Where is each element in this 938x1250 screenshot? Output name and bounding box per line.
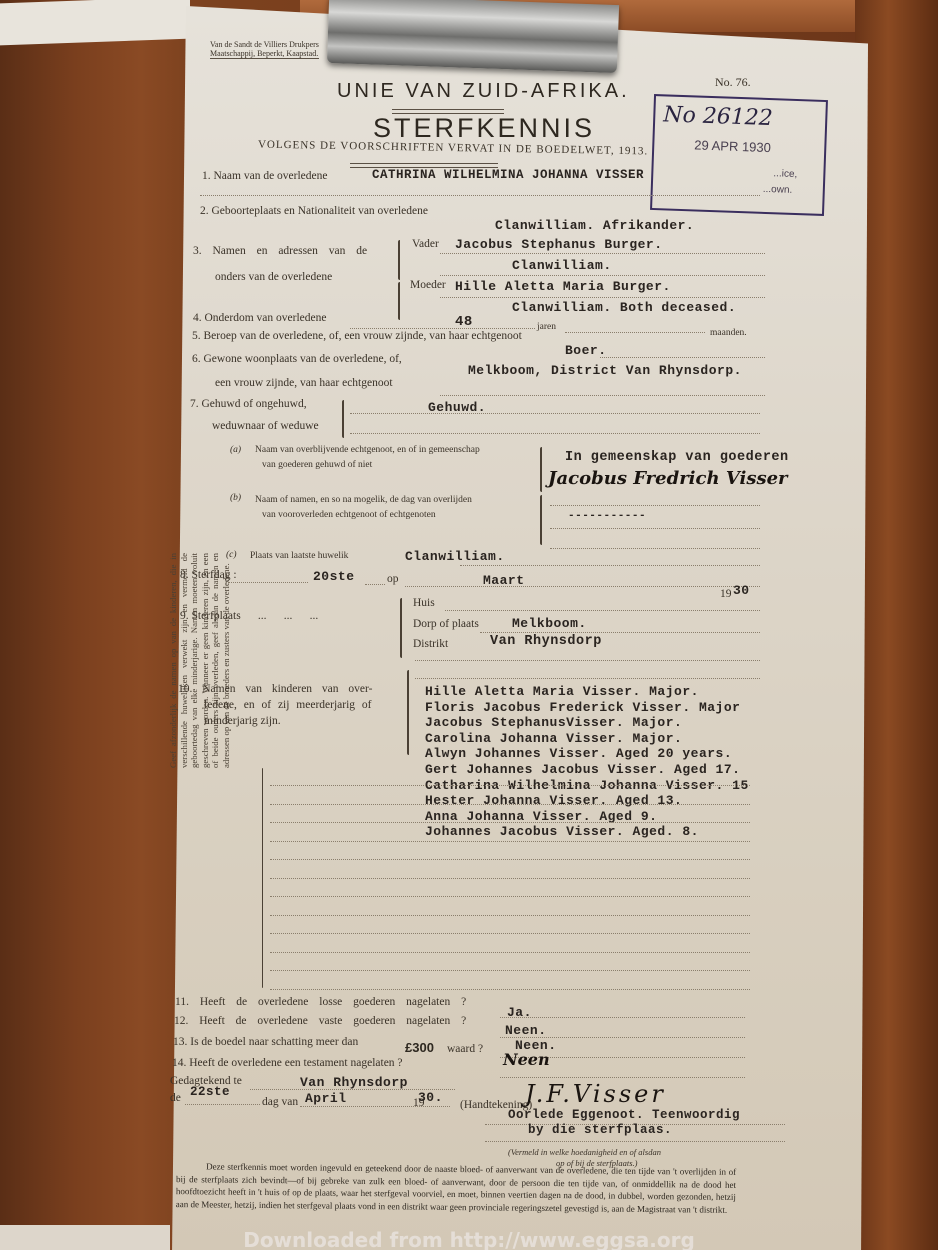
- signed-day: 22ste: [190, 1085, 230, 1099]
- child-entry: Floris Jacobus Frederick Visser. Major: [425, 700, 749, 716]
- death-year-prefix: 19: [720, 588, 732, 600]
- brace: [398, 282, 400, 320]
- field-3-label-line1: 3. Namen en adressen van de: [193, 245, 367, 257]
- signed-at-place: Van Rhynsdorp: [300, 1075, 408, 1090]
- child-entry: Johannes Jacobus Visser. Aged. 8.: [425, 824, 749, 840]
- birthplace-nationality: Clanwilliam. Afrikander.: [495, 218, 694, 233]
- metal-clip: [327, 0, 619, 73]
- field-5-label: 5. Beroep van de overledene, of, een vro…: [192, 330, 522, 342]
- child-entry: Jacobus StephanusVisser. Major.: [425, 715, 749, 731]
- brace: [262, 768, 263, 988]
- dotted-line: [365, 584, 385, 585]
- mother-label: Moeder: [410, 279, 446, 291]
- mother-address: Clanwilliam. Both deceased.: [512, 300, 736, 315]
- source-watermark: Downloaded from http://www.eggsa.org: [0, 1228, 938, 1250]
- children-list: Hille Aletta Maria Visser. Major.Floris …: [425, 684, 749, 840]
- dotted-line: [500, 1077, 745, 1078]
- dotted-line: [500, 1017, 745, 1018]
- dotted-line: [440, 275, 765, 276]
- informant-signature: J.F.Visser: [525, 1080, 666, 1108]
- dotted-line: [550, 548, 760, 549]
- death-town: Melkboom.: [512, 616, 587, 631]
- dotted-line: [440, 253, 765, 254]
- dotted-line: [270, 859, 750, 860]
- underlying-paper: [0, 0, 190, 45]
- previous-spouse: -----------: [568, 510, 646, 522]
- children-side-note: Geef afzonderlijk de namen op van de kin…: [168, 553, 266, 768]
- usual-residence: Melkboom, District Van Rhynsdorp.: [468, 363, 742, 378]
- dotted-line: [270, 822, 750, 823]
- field-2-label: 2. Geboorteplaats en Nationaliteit van o…: [200, 205, 428, 217]
- age-years: 48: [455, 314, 473, 330]
- house-label: Huis: [413, 597, 435, 609]
- death-day: 20ste: [313, 569, 355, 584]
- surviving-spouse-signature: Jacobus Fredrich Visser: [548, 468, 788, 489]
- community-of-property: In gemeenskap van goederen: [565, 450, 789, 465]
- op-label: op: [387, 573, 399, 585]
- dotted-line: [270, 933, 750, 934]
- dotted-line: [185, 1104, 260, 1105]
- dotted-line: [270, 970, 750, 971]
- field-6-label-line2: een vrouw zijnde, van haar echtgenoot: [215, 377, 393, 389]
- district-label: Distrikt: [413, 638, 448, 650]
- field-7-label-line2: weduwnaar of weduwe: [212, 420, 319, 432]
- stamp-date: 29 APR 1930: [694, 137, 771, 155]
- stamp-text-2: ...own.: [763, 184, 793, 196]
- child-entry: Gert Johannes Jacobus Visser. Aged 17.: [425, 762, 749, 778]
- printer-imprint: Van de Sandt de Villiers Drukpers Maatsc…: [210, 40, 319, 59]
- dotted-line: [350, 413, 760, 414]
- occupation: Boer.: [565, 343, 607, 358]
- field-3-label-line2: onders van de overledene: [215, 271, 332, 283]
- field-7b-label-line2: van vooroverleden echtgenoot of echtgeno…: [262, 510, 436, 520]
- signed-day-prefix: de: [170, 1092, 181, 1104]
- child-entry: Alwyn Johannes Visser. Aged 20 years.: [425, 746, 749, 762]
- field-7a-marker: (a): [230, 445, 241, 455]
- dotted-line: [550, 528, 760, 529]
- child-entry: Carolina Johanna Visser. Major.: [425, 731, 749, 747]
- registry-stamp: No 26122 29 APR 1930 ...ice, ...own.: [650, 94, 828, 216]
- marital-status: Gehuwd.: [428, 400, 486, 415]
- field-13-label-suffix: waard ?: [447, 1043, 483, 1055]
- stamp-text-1: ...ice,: [773, 168, 797, 180]
- field-7b-label-line1: Naam of namen, en so na mogelik, de dag …: [255, 495, 472, 505]
- dotted-line: [270, 915, 750, 916]
- printer-line-2: Maatschappij, Beperkt, Kaapstad.: [210, 49, 319, 59]
- last-marriage-place: Clanwilliam.: [405, 549, 505, 564]
- child-entry: Hester Johanna Visser. Aged 13.: [425, 793, 749, 809]
- informant-capacity-line1: Oorlede Eggenoot. Teenwoordig: [508, 1108, 740, 1122]
- dotted-line: [440, 395, 765, 396]
- field-12-label: 12. Heeft de overledene vaste goederen n…: [174, 1015, 466, 1027]
- dotted-line: [565, 332, 705, 333]
- stamp-number: No 26122: [663, 102, 773, 131]
- field-7a-label-line1: Naam van overblijvende echtgenoot, en of…: [255, 445, 480, 455]
- town-label: Dorp of plaats: [413, 618, 479, 630]
- informant-capacity-line2: by die sterfplaas.: [528, 1123, 672, 1137]
- father-name: Jacobus Stephanus Burger.: [455, 237, 663, 252]
- dotted-line: [480, 632, 760, 633]
- brace: [342, 400, 344, 438]
- brace: [400, 598, 402, 658]
- field-7-label-line1: 7. Gehuwd of ongehuwd,: [190, 398, 307, 410]
- dotted-line: [415, 660, 760, 661]
- dotted-line: [415, 678, 760, 679]
- dotted-line: [550, 505, 760, 506]
- brace: [407, 670, 409, 755]
- signed-day-label: dag van: [262, 1096, 298, 1108]
- field-11-label: 11. Heeft de overledene losse goederen n…: [175, 996, 466, 1008]
- field-6-label-line1: 6. Gewone woonplaats van de overledene, …: [192, 353, 402, 365]
- field-14-label: 14. Heeft de overledene een testament na…: [172, 1057, 403, 1069]
- field-7a-label-line2: van goederen gehuwd of niet: [262, 460, 372, 470]
- instructions-footer: Deze sterfkennis moet worden ingevuld en…: [176, 1160, 736, 1216]
- printer-line-1: Van de Sandt de Villiers Drukpers: [210, 40, 319, 49]
- field-7b-marker: (b): [230, 493, 241, 503]
- dotted-line: [270, 896, 750, 897]
- father-label: Vader: [412, 238, 439, 250]
- field-4-label: 4. Onderdom van overledene: [193, 312, 326, 324]
- dotted-line: [445, 610, 760, 611]
- dotted-line: [270, 878, 750, 879]
- brace: [540, 447, 542, 492]
- dotted-line: [270, 785, 750, 786]
- country-heading: UNIE VAN ZUID-AFRIKA.: [337, 80, 630, 103]
- death-month: Maart: [483, 573, 525, 588]
- dotted-line: [485, 1141, 785, 1142]
- brace: [398, 240, 400, 280]
- field-1-label: 1. Naam van de overledene: [202, 170, 327, 182]
- estate-threshold: £300: [405, 1040, 434, 1055]
- page-title: STERFKENNIS: [373, 113, 595, 144]
- immovable-property: Neen.: [505, 1023, 547, 1038]
- wood-background-right: [855, 0, 938, 1250]
- dotted-line: [270, 989, 750, 990]
- years-label: jaren: [537, 322, 556, 332]
- death-district: Van Rhynsdorp: [490, 634, 602, 649]
- deceased-name: CATHRINA WILHELMINA JOHANNA VISSER: [372, 168, 644, 182]
- dotted-line: [440, 297, 765, 298]
- death-year-suffix: 30: [733, 583, 750, 598]
- dotted-line: [300, 1106, 450, 1107]
- capacity-hint-line1: (Vermeld in welke hoedanigheid en of als…: [508, 1147, 661, 1157]
- dotted-line: [200, 195, 760, 196]
- dotted-line: [460, 565, 760, 566]
- months-label: maanden.: [710, 328, 747, 338]
- dotted-line: [600, 357, 765, 358]
- signed-month: April: [305, 1091, 347, 1106]
- mother-name: Hille Aletta Maria Burger.: [455, 279, 671, 294]
- brace: [540, 495, 542, 545]
- dotted-line: [270, 804, 750, 805]
- dotted-line: [350, 433, 760, 434]
- form-number: No. 76.: [715, 75, 751, 90]
- field-13-label-prefix: 13. Is de boedel naar schatting meer dan: [173, 1036, 358, 1048]
- father-address: Clanwilliam.: [512, 258, 612, 273]
- dotted-line: [405, 586, 760, 587]
- dotted-line: [270, 841, 750, 842]
- will-left: Neen: [503, 1050, 550, 1069]
- child-entry: Hille Aletta Maria Visser. Major.: [425, 684, 749, 700]
- dotted-line: [270, 952, 750, 953]
- dotted-line: [350, 328, 535, 329]
- signed-year-suffix: 30.: [418, 1090, 443, 1105]
